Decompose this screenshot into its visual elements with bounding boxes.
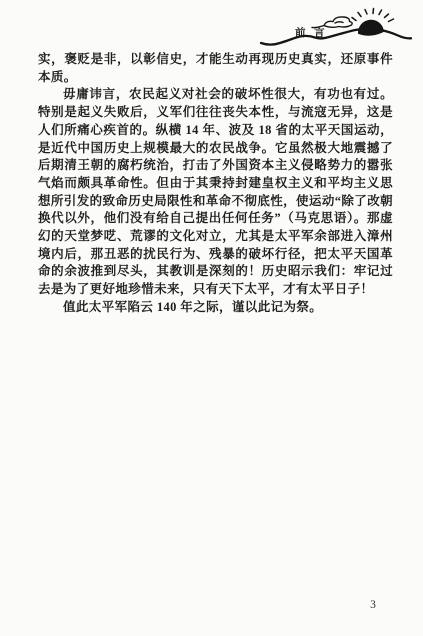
preface-text: 实，褒贬是非，以彰信史，才能生动再现历史真实，还原事件本质。 毋庸讳言，农民起义… (38, 51, 393, 317)
header-decoration (256, 6, 418, 50)
hill-line-icon (261, 29, 411, 45)
paragraph: 毋庸讳言，农民起义对社会的破坏性很大，有功也有过。特别是起义失败后，义军们往往丧… (38, 86, 393, 298)
paragraph: 值此太平军陷云 140 年之际，谨以此记为祭。 (38, 299, 393, 317)
chapter-header: 前言 (256, 6, 418, 50)
page-number: 3 (363, 599, 383, 611)
paragraph: 实，褒贬是非，以彰信史，才能生动再现历史真实，还原事件本质。 (38, 51, 393, 86)
scan-artifact (220, 272, 227, 274)
book-page: 前言 实，褒贬是非，以彰信史，才能生动再现历史真实，还原事件本质。 毋庸讳言，农… (0, 0, 423, 636)
chapter-title: 前言 (295, 25, 333, 40)
